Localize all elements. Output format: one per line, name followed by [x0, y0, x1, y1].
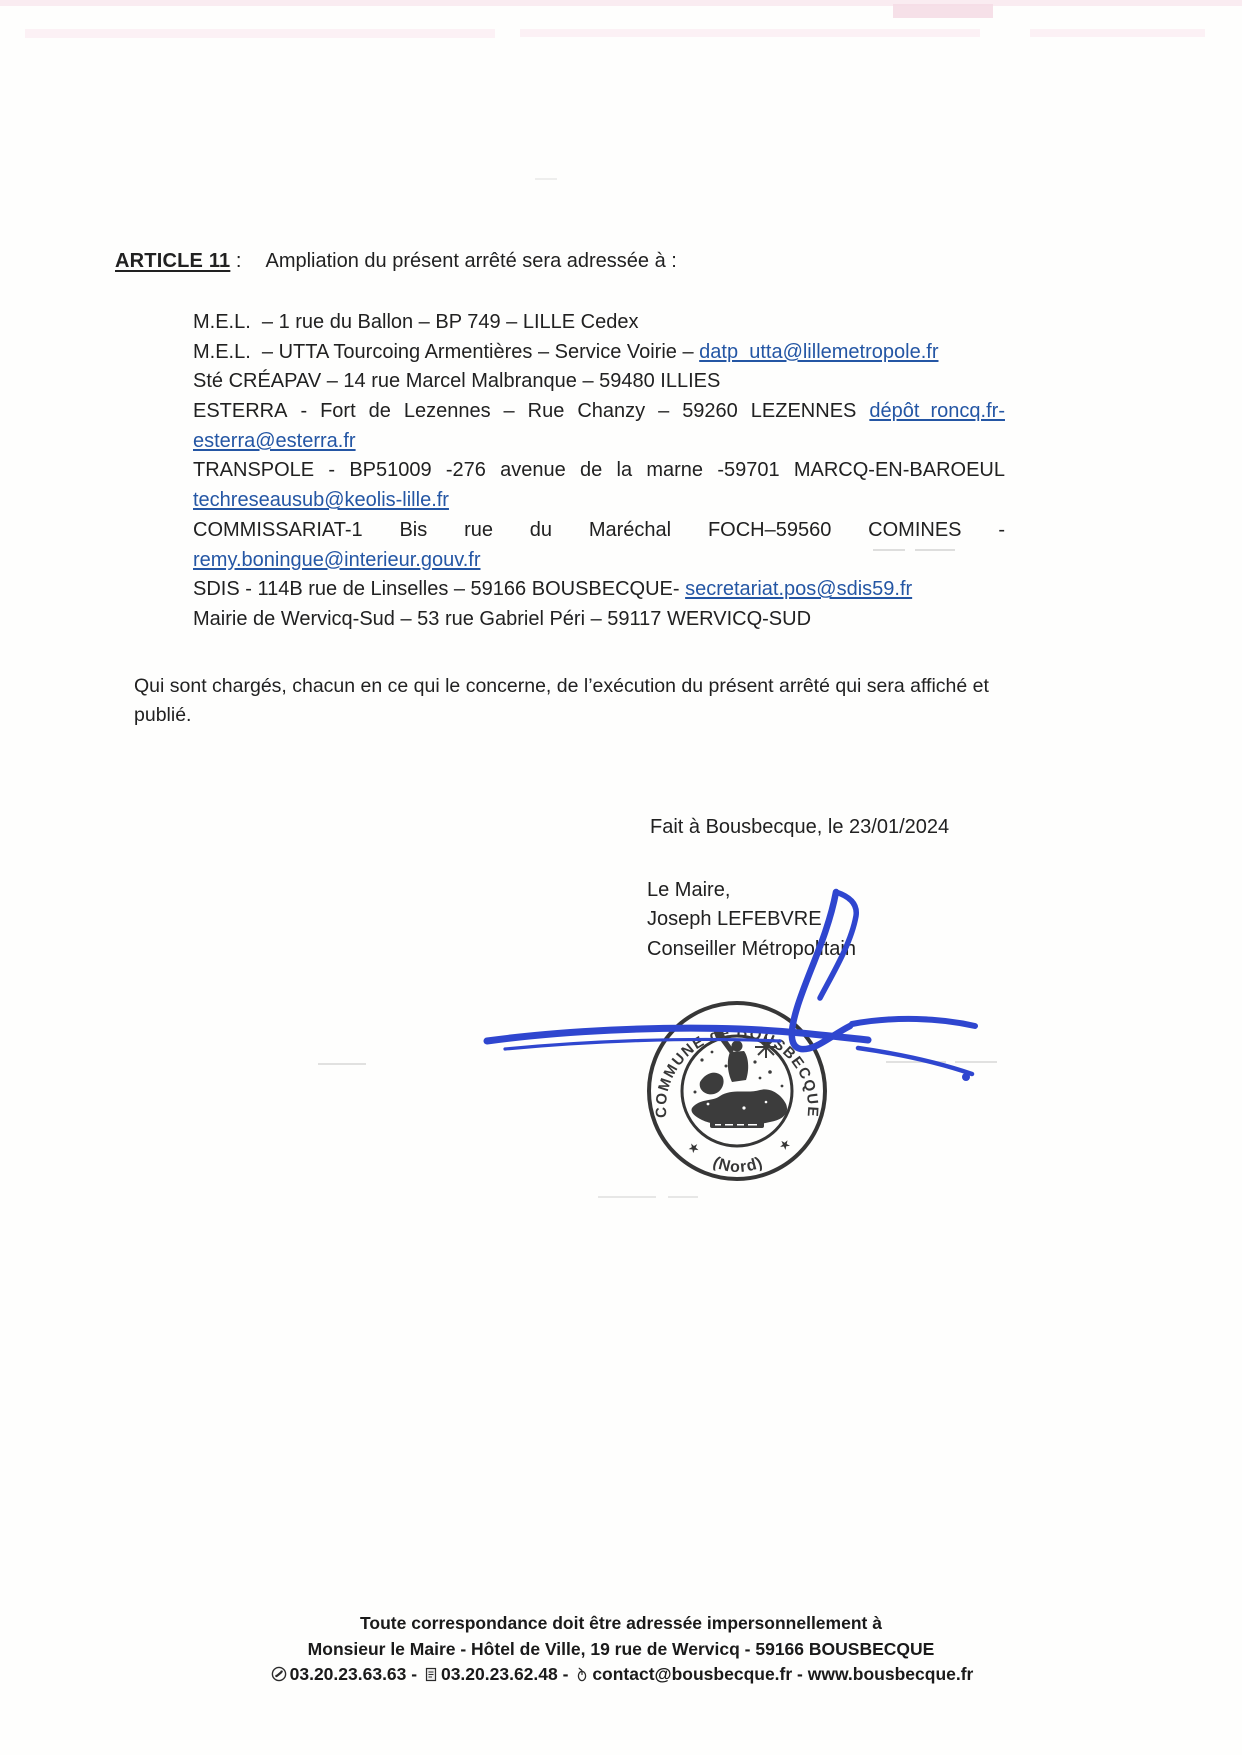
address-text: -276 [446, 459, 486, 489]
signer-name: Joseph LEFEBVRE [647, 905, 856, 934]
footer-separator: - [792, 1664, 808, 1684]
email-link[interactable]: techreseausub@keolis-lille.fr [193, 489, 449, 511]
address-list: M.E.L. – 1 rue du Ballon – BP 749 – LILL… [193, 311, 1005, 638]
address-line: M.E.L. – 1 rue du Ballon – BP 749 – LILL… [193, 311, 1005, 341]
stamp-top-text: COMMUNE de BOUSBECQUE [653, 1024, 821, 1119]
scan-artifact [668, 1196, 698, 1198]
address-line: remy.boningue@interieur.gouv.fr [193, 549, 1005, 579]
address-text: ESTERRA [193, 400, 287, 430]
phone-icon [271, 1664, 287, 1690]
address-line: techreseausub@keolis-lille.fr [193, 489, 1005, 519]
address-text: avenue [500, 459, 566, 489]
address-text: - [328, 459, 335, 489]
email-link[interactable]: remy.boningue@interieur.gouv.fr [193, 549, 481, 571]
closing-line-2: publié. [134, 701, 989, 730]
address-text: Fort [320, 400, 356, 430]
address-line: COMMISSARIAT-1BisrueduMaréchalFOCH–59560… [193, 519, 1005, 549]
address-text: – [658, 400, 669, 430]
address-text: Sté CRÉAPAV – 14 rue Marcel Malbranque –… [193, 370, 720, 392]
fax-icon [424, 1664, 438, 1690]
address-text: - [300, 400, 307, 430]
address-text: M.E.L. – 1 rue du Ballon – BP 749 – LILL… [193, 311, 638, 333]
signature-block: Le Maire, Joseph LEFEBVRE Conseiller Mét… [647, 876, 856, 964]
address-text: LEZENNES [751, 400, 857, 430]
address-line: ESTERRA-FortdeLezennes–RueChanzy–59260LE… [193, 400, 1005, 430]
stamp-star-left-icon: ★ [685, 1138, 703, 1157]
article-number: ARTICLE 11 [115, 250, 230, 272]
footer-separator: - [558, 1664, 574, 1684]
address-text: COMINES [868, 519, 961, 549]
email-link[interactable]: secretariat.pos@sdis59.fr [685, 578, 912, 600]
address-text: MARCQ-EN-BAROEUL [794, 459, 1005, 489]
address-line: SDIS - 114B rue de Linselles – 59166 BOU… [193, 578, 1005, 608]
scan-artifact [25, 29, 495, 38]
address-text: FOCH–59560 [708, 519, 831, 549]
document-page: ARTICLE 11 :Ampliation du présent arrêté… [0, 0, 1242, 1755]
address-line: esterra@esterra.fr [193, 430, 1005, 460]
stamp-bottom-text: (Nord) [710, 1154, 765, 1176]
scan-artifact [318, 1063, 366, 1065]
address-text: rue [464, 519, 493, 549]
address-text: M.E.L. – UTTA Tourcoing Armentières – Se… [193, 341, 699, 363]
address-line: Sté CRÉAPAV – 14 rue Marcel Malbranque –… [193, 370, 1005, 400]
closing-line-1: Qui sont chargés, chacun en ce qui le co… [134, 672, 989, 701]
footer-website: www.bousbecque.fr [808, 1664, 974, 1684]
signer-role: Conseiller Métropolitain [647, 935, 856, 964]
stamp-crest-icon [691, 1026, 787, 1128]
email-link[interactable]: dépôt_roncq.fr- [869, 400, 1005, 430]
svg-text:COMMUNE de BOUSBECQUE: COMMUNE de BOUSBECQUE [653, 1024, 821, 1119]
scan-artifact [1030, 29, 1205, 37]
municipal-stamp-icon: COMMUNE de BOUSBECQUE (Nord) ★ ★ [649, 1003, 825, 1179]
scan-artifact [886, 1061, 946, 1063]
address-text: Chanzy [577, 400, 645, 430]
place-date: Fait à Bousbecque, le 23/01/2024 [650, 816, 949, 839]
address-text: -59701 [717, 459, 779, 489]
address-line: M.E.L. – UTTA Tourcoing Armentières – Se… [193, 341, 1005, 371]
address-text: de [580, 459, 602, 489]
address-line: Mairie de Wervicq-Sud – 53 rue Gabriel P… [193, 608, 1005, 638]
footer-phone: 03.20.23.63.63 [290, 1664, 407, 1684]
email-link[interactable]: esterra@esterra.fr [193, 430, 356, 452]
address-text: de [369, 400, 391, 430]
svg-text:(Nord): (Nord) [710, 1154, 765, 1176]
closing-paragraph: Qui sont chargés, chacun en ce qui le co… [134, 672, 989, 729]
address-text: COMMISSARIAT-1 [193, 519, 363, 549]
article-separator: : [230, 250, 241, 272]
address-text: SDIS - 114B rue de Linselles – 59166 BOU… [193, 578, 685, 600]
scan-artifact [893, 4, 993, 18]
footer-line-2: Monsieur le Maire - Hôtel de Ville, 19 r… [0, 1637, 1242, 1663]
footer: Toute correspondance doit être adressée … [0, 1611, 1242, 1690]
address-text: la [617, 459, 633, 489]
article-heading: ARTICLE 11 :Ampliation du présent arrêté… [115, 250, 677, 273]
scan-artifact [535, 178, 557, 180]
footer-fax: 03.20.23.62.48 [441, 1664, 558, 1684]
scan-artifact [520, 29, 980, 37]
address-text: Bis [399, 519, 427, 549]
stamp-star-right-icon: ★ [776, 1135, 794, 1154]
address-text: Lezennes [404, 400, 491, 430]
address-text: TRANSPOLE [193, 459, 314, 489]
address-text: Maréchal [589, 519, 671, 549]
address-line: TRANSPOLE-BP51009-276avenuedelamarne-597… [193, 459, 1005, 489]
email-link[interactable]: datp_utta@lillemetropole.fr [699, 341, 938, 363]
address-text: 59260 [682, 400, 738, 430]
footer-contact-line: 03.20.23.63.63 - 03.20.23.62.48 - contac… [0, 1662, 1242, 1690]
scan-artifact [0, 0, 1242, 6]
address-text: - [998, 519, 1005, 549]
address-text: BP51009 [349, 459, 431, 489]
signer-title: Le Maire, [647, 876, 856, 905]
address-text: – [504, 400, 515, 430]
scan-artifact [955, 1061, 997, 1063]
address-text: du [530, 519, 552, 549]
address-text: marne [646, 459, 703, 489]
address-text: Rue [528, 400, 565, 430]
footer-line-1: Toute correspondance doit être adressée … [0, 1611, 1242, 1637]
address-text: Mairie de Wervicq-Sud – 53 rue Gabriel P… [193, 608, 811, 630]
footer-email: contact@bousbecque.fr [592, 1664, 792, 1684]
footer-separator: - [406, 1664, 422, 1684]
article-text: Ampliation du présent arrêté sera adress… [265, 250, 676, 272]
scan-artifact [598, 1196, 656, 1198]
mouse-icon [575, 1664, 589, 1690]
